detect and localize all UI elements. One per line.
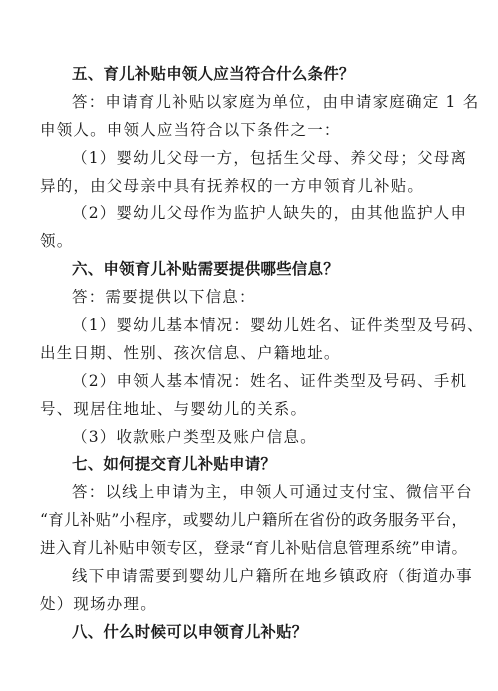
paragraph-line: 进入育儿补贴申领专区，登录“育儿补贴信息管理系统”申请。 xyxy=(40,535,454,563)
paragraph-line: （2）婴幼儿父母作为监护人缺失的，由其他监护人申 xyxy=(40,200,454,228)
paragraph-line: 处）现场办理。 xyxy=(40,591,454,619)
paragraph-line: 答：以线上申请为主，申领人可通过支付宝、微信平台 xyxy=(40,479,454,507)
paragraph-line: “育儿补贴”小程序，或婴幼儿户籍所在省份的政务服务平台， xyxy=(40,507,454,535)
paragraph-line: 答：需要提供以下信息： xyxy=(40,284,454,312)
section-heading-5: 五、育儿补贴申领人应当符合什么条件？ xyxy=(40,61,454,89)
paragraph-line: （1）婴幼儿基本情况：婴幼儿姓名、证件类型及号码、 xyxy=(40,312,454,340)
paragraph-line: 线下申请需要到婴幼儿户籍所在地乡镇政府（街道办事 xyxy=(40,563,454,591)
section-heading-8: 八、什么时候可以申领育儿补贴？ xyxy=(40,619,454,647)
document-page: 五、育儿补贴申领人应当符合什么条件？ 答：申请育儿补贴以家庭为单位，由申请家庭确… xyxy=(40,61,454,647)
paragraph-line: （3）收款账户类型及账户信息。 xyxy=(40,424,454,452)
paragraph-line: 领。 xyxy=(40,228,454,256)
section-heading-7: 七、如何提交育儿补贴申请？ xyxy=(40,451,454,479)
paragraph-line: （2）申领人基本情况：姓名、证件类型及号码、手机 xyxy=(40,368,454,396)
paragraph-line: 号、现居住地址、与婴幼儿的关系。 xyxy=(40,396,454,424)
paragraph-line: （1）婴幼儿父母一方，包括生父母、养父母；父母离 xyxy=(40,145,454,173)
section-heading-6: 六、申领育儿补贴需要提供哪些信息？ xyxy=(40,256,454,284)
paragraph-line: 答：申请育儿补贴以家庭为单位，由申请家庭确定 1 名 xyxy=(40,89,454,117)
paragraph-line: 异的，由父母亲中具有抚养权的一方申领育儿补贴。 xyxy=(40,173,454,201)
paragraph-line: 出生日期、性别、孩次信息、户籍地址。 xyxy=(40,340,454,368)
paragraph-line: 申领人。申领人应当符合以下条件之一： xyxy=(40,117,454,145)
